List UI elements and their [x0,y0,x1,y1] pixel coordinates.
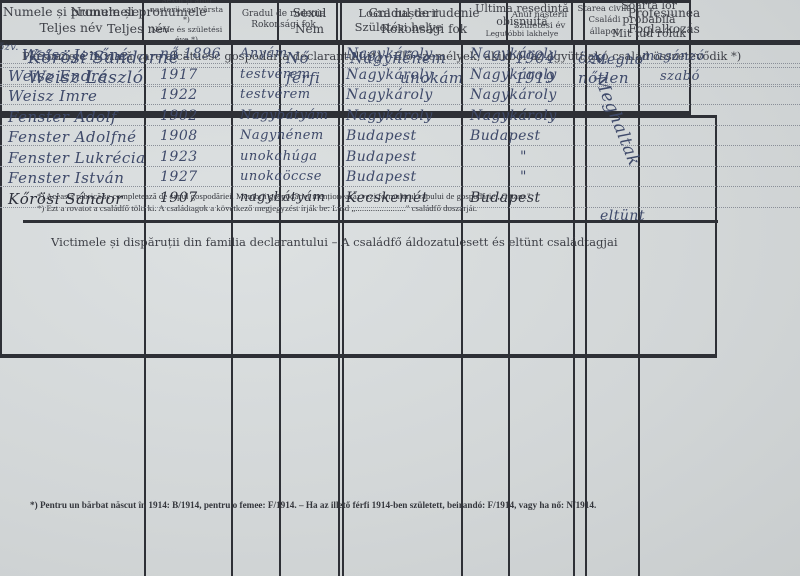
victim-relation: testvérem [240,87,311,102]
column-divider [461,40,463,576]
victim-birthplace: Nagykároly [346,87,433,103]
victim-relation: Nagynénem [240,128,324,143]
victim-relation: unokaöccse [240,169,322,184]
header-last-residence: Ultima reședință obișnuită Legutóbbi lak… [461,0,585,40]
row-guide-line [0,125,800,126]
victim-sex-year: nő 1896 [160,46,221,62]
victim-sex-year: 1923 [160,149,198,165]
victim-relation: Nagybátyám [240,108,329,123]
header-sex-year-ro: Sexul și anul nașterii sau vârsta *) [146,0,227,25]
victim-sex-year: 1917 [160,67,198,83]
victim-name: Fenster Lukrécia [8,149,146,167]
victim-birthplace: Nagykároly [346,67,433,83]
victim-last-residence: Nagykároly [470,67,557,83]
victim-sex-year: 1927 [160,169,198,185]
victim-name: Fenster Adolfné [8,128,137,146]
victims-section-title: Victimele și dispăruții din familia decl… [51,235,618,249]
fate-top-text: Megho [592,52,644,68]
living-row-1-profession: magánzó [642,49,705,64]
victim-sex-year: 1922 [160,87,198,103]
victim-relation: nagybátyám [240,190,326,205]
header-birthplace: Locul nașterii Születési helye [338,0,461,40]
footnote-bottom: *) Pentru un bărbat născut în 1914: B/19… [30,500,596,510]
victim-sex-year: 1902 [160,108,198,124]
victim-name: Weisz Endre [8,67,108,85]
victim-name: Fenster Adolf [8,108,117,126]
row-guide-line [0,84,800,85]
column-divider [231,40,233,576]
victim-relation: unokahúga [240,149,318,164]
victim-last-residence: Nagykároly [470,46,557,62]
victim-relation: Anyám [240,46,288,61]
row-guide-line [0,104,800,105]
column-divider [338,40,340,576]
column-divider [638,42,640,576]
victim-name: Weisz Jenőné [22,46,128,64]
column-divider [585,40,587,576]
victim-birthplace: Nagykároly [346,108,433,124]
header-relation-hu: Rokonsági fok [251,20,316,31]
victim-last-residence: " [520,169,527,185]
victim-last-residence: " [520,149,527,165]
victim-sex-year: 1908 [160,128,198,144]
living-row-2-profession: szabó [660,69,700,84]
victim-prefix: özv. [0,42,19,53]
header-fate-ro: Soarta lor probabilă [607,0,691,27]
victim-birthplace: Budapest [346,169,417,185]
victim-sex-year: 1907 [160,190,198,206]
victim-last-residence: Nagykároly [470,87,557,103]
victim-birthplace: Budapest [346,149,417,165]
header-birthplace-ro: Locul nașterii [358,6,438,20]
victim-name: Weisz Imre [8,87,97,105]
fate-last-text: eltünt [600,208,645,224]
header-birthplace-hu: Születési helye [355,20,443,34]
header-relation-ro: Gradul de rudenie [242,9,325,20]
victim-birthplace: Budapest [346,128,417,144]
header-last-residence-hu: Legutóbbi lakhelye [486,29,559,38]
column-divider [342,42,344,576]
header-fate: Soarta lor probabilă Mit tud róluk [585,0,713,40]
header-name-hu: Teljes név [40,20,103,36]
victim-last-residence: Budapest [470,190,541,206]
header-last-residence-ro: Ultima reședință obișnuită [471,2,573,30]
column-divider [573,42,575,576]
victim-birthplace: Kecskemét [346,190,428,206]
header-name: Numele și pronumele Teljes név [0,0,144,40]
header-fate-hu: Mit tud róluk [612,27,686,41]
victim-name: Fenster István [8,169,124,187]
header-relation: Gradul de rudenie Rokonsági fok [231,0,338,40]
living-row-1-sex: Nő [286,49,309,67]
victim-last-residence: Nagykároly [470,108,557,124]
victim-relation: testvérem [240,67,311,82]
column-divider [144,40,146,576]
victim-birthplace: Nagykároly [346,46,433,62]
header-divider [0,40,800,43]
header-sex-year: Sexul și anul nașterii sau vârsta *) Nem… [144,0,231,40]
victim-name: Kőrösi Sándor [8,190,123,208]
header-name-ro: Numele și pronumele [3,4,139,20]
victim-last-residence: Budapest [470,128,541,144]
